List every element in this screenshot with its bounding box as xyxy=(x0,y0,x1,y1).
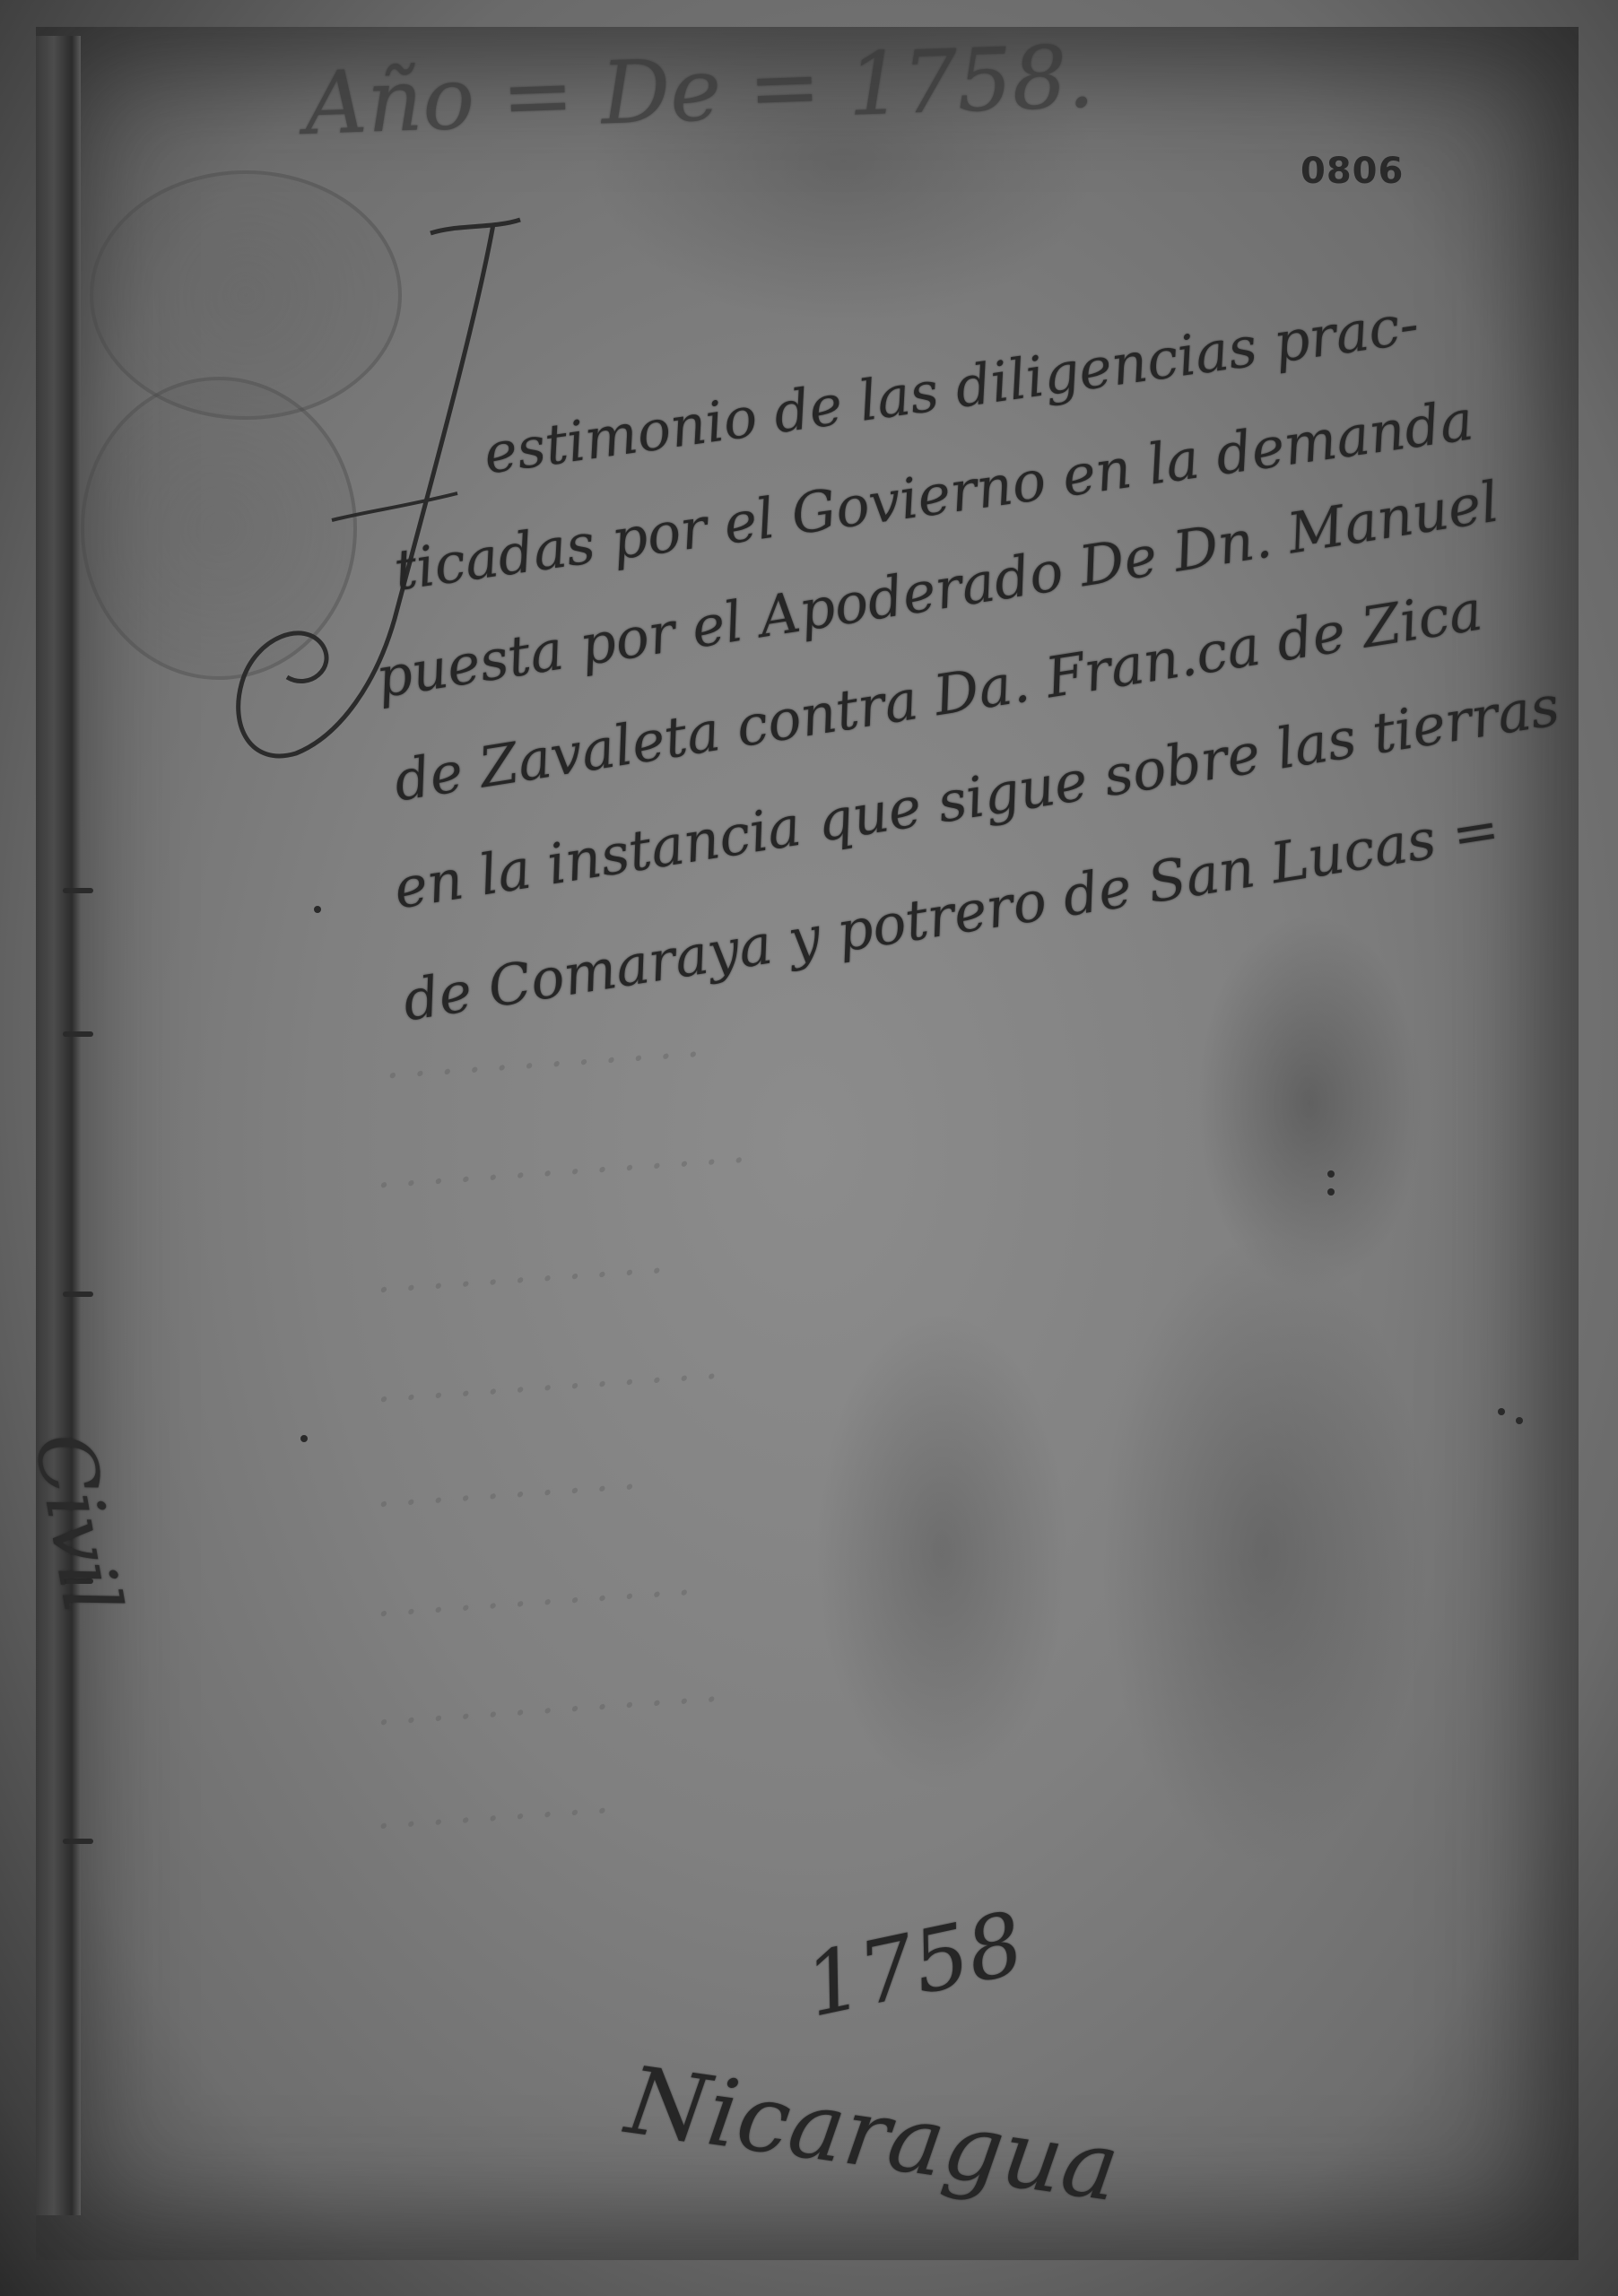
ink-blot xyxy=(314,906,321,913)
binding-stitch xyxy=(63,888,93,893)
ink-speck xyxy=(1516,1417,1523,1424)
binding-strip xyxy=(36,36,81,2215)
binding-stitch xyxy=(63,1031,93,1037)
binding-stitch xyxy=(63,1291,93,1297)
ink-speck xyxy=(1498,1408,1505,1415)
ink-speck xyxy=(1327,1188,1335,1196)
ink-speck xyxy=(300,1435,308,1442)
binding-stitch xyxy=(63,1839,93,1844)
ink-speck xyxy=(1327,1170,1335,1178)
folio-stamp: 0806 xyxy=(1300,151,1404,192)
